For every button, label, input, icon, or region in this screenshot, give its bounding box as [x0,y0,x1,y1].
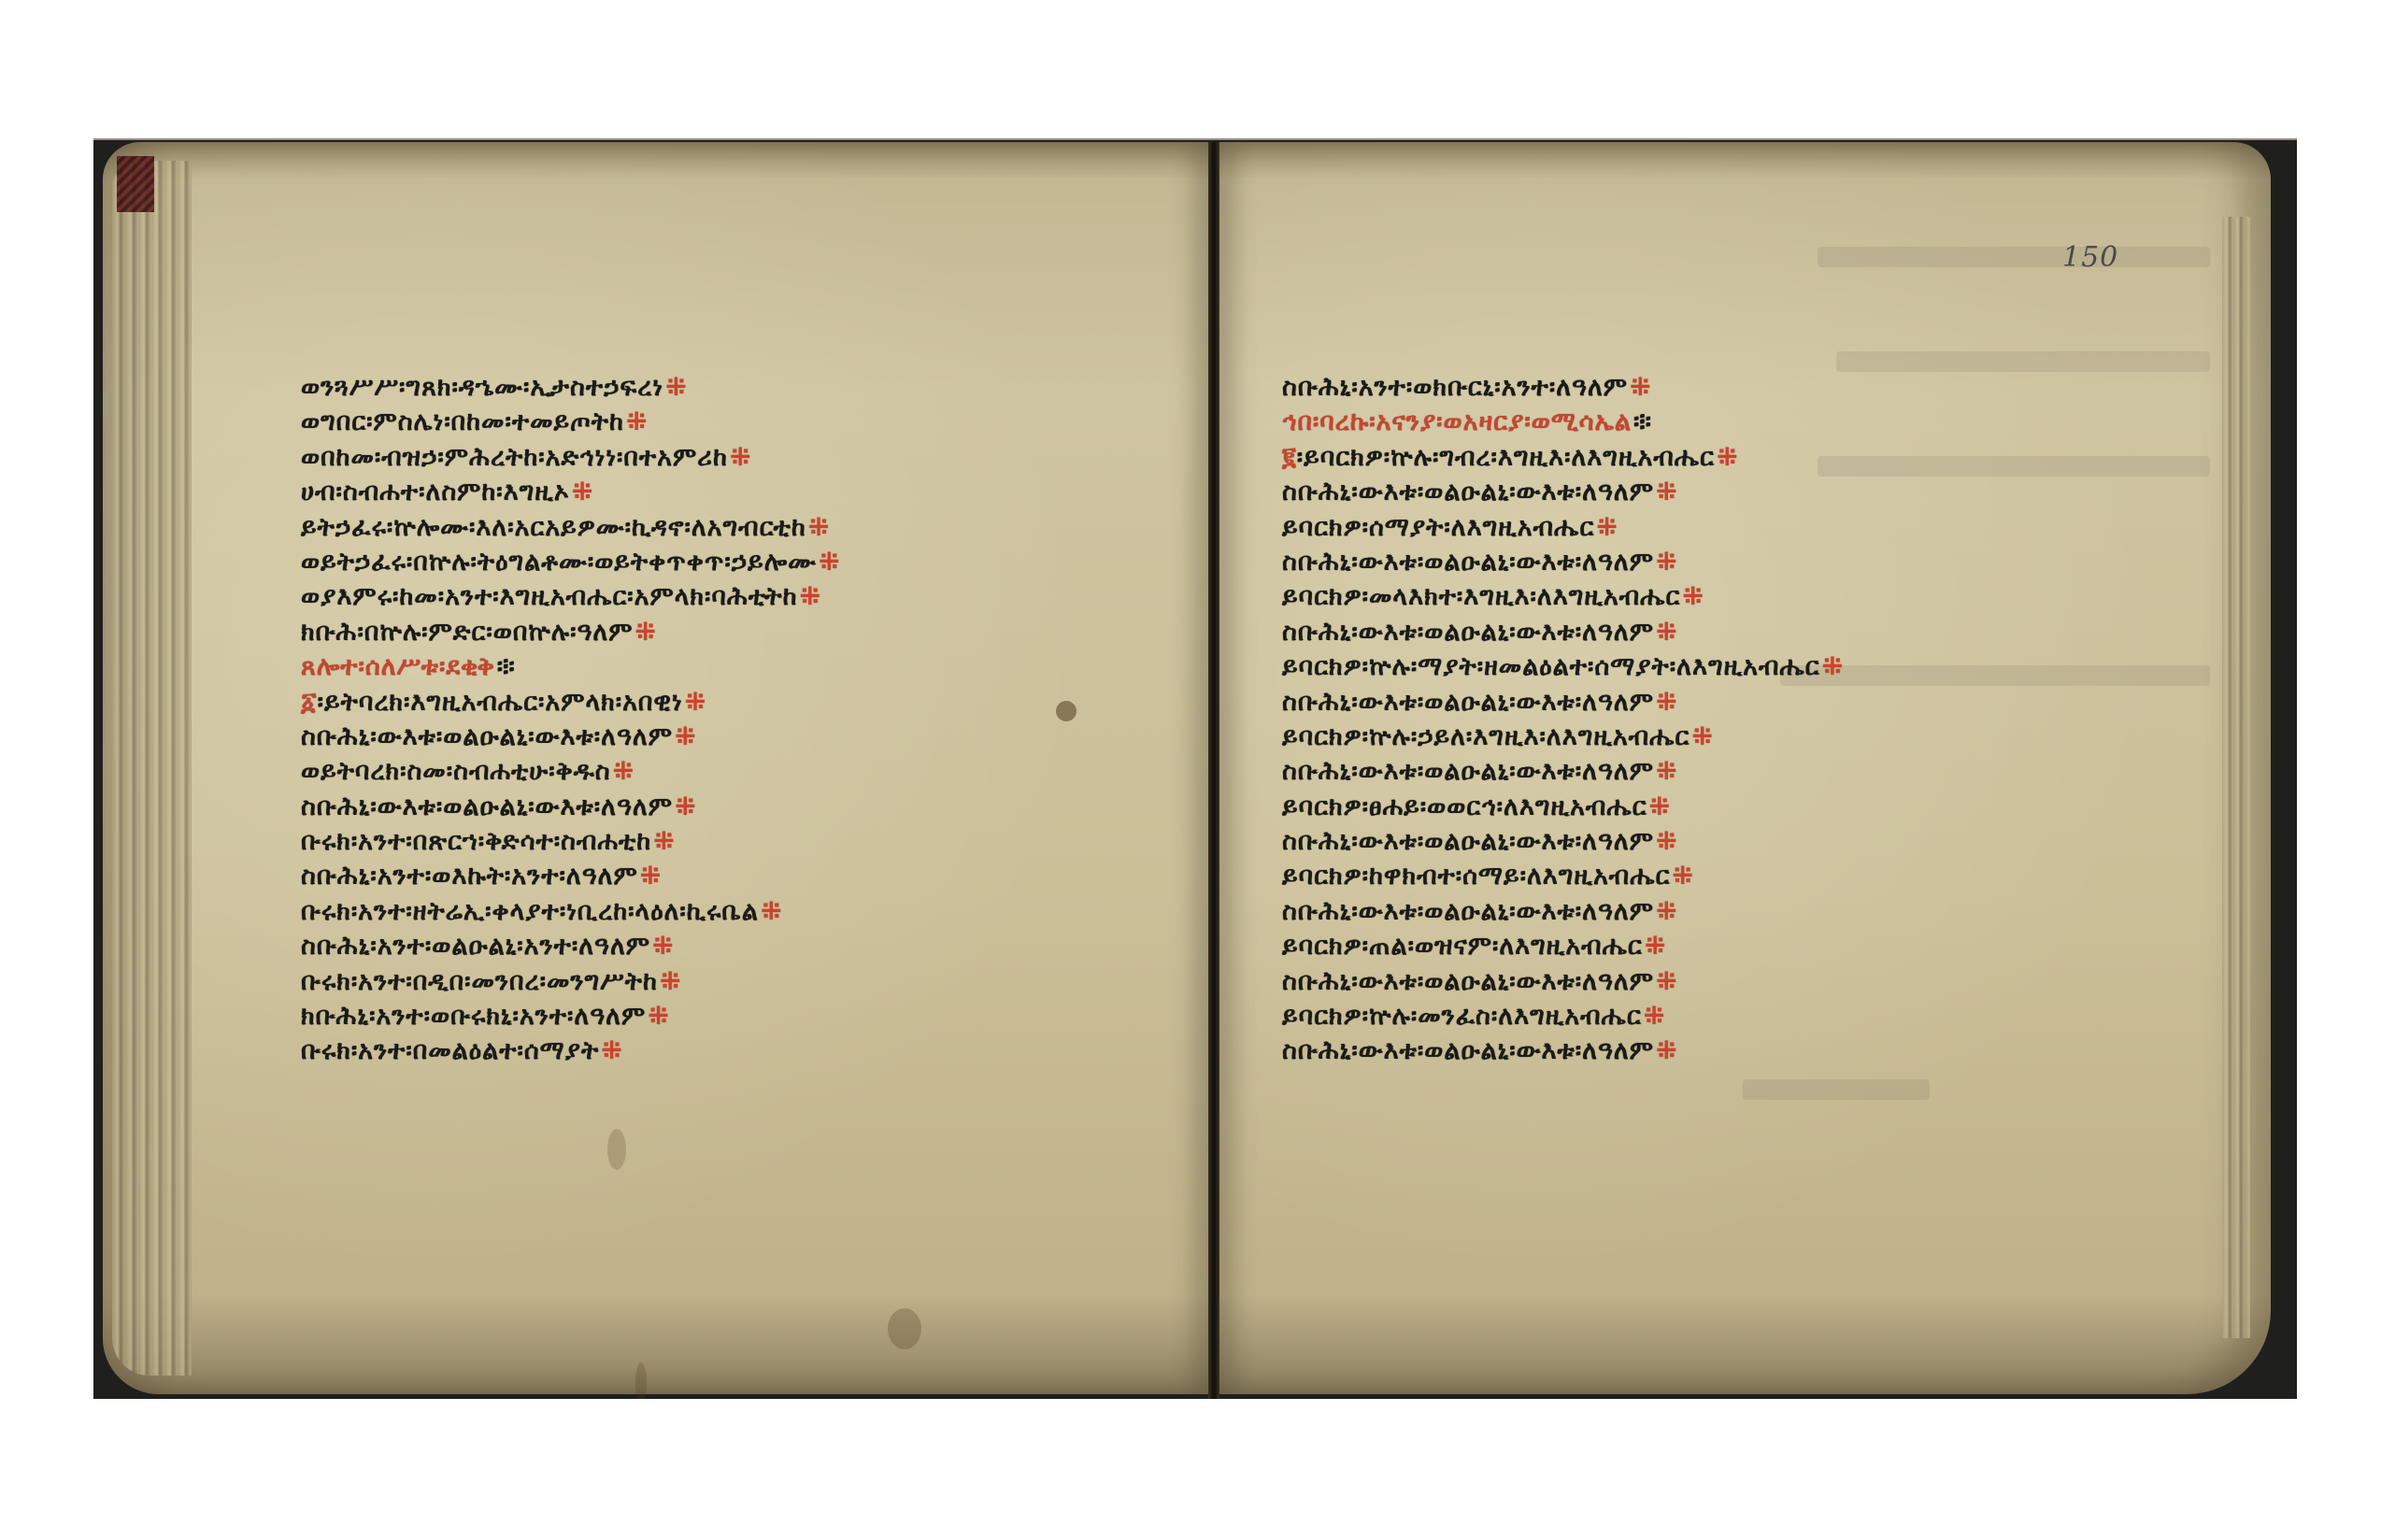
right-page-edge [2222,217,2250,1338]
text-line: ይባርክዎ፡ፀሐይ፡ወወርኅ፡ለእግዚአብሔር⁜ [1282,790,1844,824]
verse-marker-icon: ⁜ [685,688,707,717]
text-line: ስቡሕኒ፡አንተ፡ወልዑልኒ፡አንተ፡ለዓለም⁜ [301,929,841,963]
verse-marker-icon: ⁜ [660,967,682,996]
text-line: ስቡሕኒ፡ውእቱ፡ወልዑልኒ፡ውእቱ፡ለዓለም⁜ [1282,475,1844,509]
book-gutter [1208,142,1219,1399]
text-line: ወበከመ፡ብዝኃ፡ምሕረትከ፡አድኅነነ፡በተአምሪከ⁜ [301,440,841,475]
text-line: ቡሩክ፡አንተ፡በጽርኀ፡ቅድሳተ፡ስብሐቲከ⁜ [301,824,841,859]
ink-stain [1056,701,1076,721]
verse-marker-icon: ⁜ [1645,932,1667,961]
text-line: ወይትኃፈሩ፡በኵሉ፡ትዕግልቶሙ፡ወይትቀጥቀጥ፡ኃይሎሙ⁜ [301,545,841,579]
text-line: ይባርክዎ፡ሰማያት፡ለእግዚአብሔር⁜ [1282,510,1844,545]
rubric-heading: ኅበ፡ባረኩ፡አናንያ፡ወአዛርያ፡ወሚሳኤል፨ [1282,405,1844,439]
text-line: ይባርክዎ፡መላእክተ፡እግዚእ፡ለእግዚአብሔር⁜ [1282,579,1844,614]
rubric-numeral: ፪ [1282,443,1297,472]
text-line: ስቡሕኒ፡ውእቱ፡ወልዑልኒ፡ውእቱ፡ለዓለም⁜ [1282,1034,1844,1068]
verse-marker-icon: ⁜ [601,1036,623,1065]
red-headband [117,156,154,212]
show-through-text [1818,247,2210,267]
verse-marker-icon: ⁜ [665,373,688,402]
text-line: ስቡሕኒ፡ውእቱ፡ወልዑልኒ፡ውእቱ፡ለዓለም⁜ [1282,545,1844,579]
verse-marker-icon: ⁜ [1656,548,1678,577]
show-through-text [1818,456,2210,477]
section-end-icon: ፨ [497,652,516,681]
verse-marker-icon: ⁜ [808,513,831,542]
text-line: ክቡሕ፡በኵሉ፡ምድር፡ወበኵሉ፡ዓለም⁜ [301,615,841,649]
text-line: ቡሩክ፡አንተ፡በዲበ፡መንበረ፡መንግሥትከ⁜ [301,964,841,999]
verse-marker-icon: ⁜ [634,618,657,647]
right-page-text: ስቡሕኒ፡አንተ፡ወክቡርኒ፡አንተ፡ለዓለም⁜ ኅበ፡ባረኩ፡አናንያ፡ወአዛ… [1282,370,1844,1069]
verse-marker-icon: ⁜ [1656,688,1678,717]
verse-marker-icon: ⁜ [1717,443,1739,472]
verse-marker-icon: ⁜ [1656,757,1678,786]
text-line: ወግበር፡ምስሌነ፡በከመ፡ተመይጦትከ⁜ [301,405,841,439]
text-line: ስቡሕኒ፡ውእቱ፡ወልዑልኒ፡ውእቱ፡ለዓለም⁜ [1282,894,1844,929]
rubric-numeral: ፩ [301,688,318,717]
text-line: ስቡሕኒ፡ውእቱ፡ወልዑልኒ፡ውእቱ፡ለዓለም⁜ [1282,754,1844,789]
text-line: ይባርክዎ፡ጠል፡ወዝናም፡ለእግዚአብሔር⁜ [1282,929,1844,963]
text-line: ስቡሕኒ፡አንተ፡ወእኩት፡አንተ፡ለዓለም⁜ [301,859,841,893]
text-line: ቡሩክ፡አንተ፡ዘትሬኢ፡ቀላያተ፡ነቢረከ፡ላዕለ፡ኪሩቤል⁜ [301,894,841,929]
verse-marker-icon: ⁜ [652,932,675,961]
verse-marker-icon: ⁜ [1596,513,1618,542]
text-line: ስቡሕኒ፡ውእቱ፡ወልዑልኒ፡ውእቱ፡ለዓለም⁜ [1282,685,1844,720]
manuscript-scan: 150 ወንጓሥሥ፡ግጸክ፡ዳኄሙ፡ኢታስተኃፍረነ⁜ ወግበር፡ምስሌነ፡በከ… [93,138,2297,1399]
verse-marker-icon: ⁜ [613,757,635,786]
verse-marker-icon: ⁜ [1644,1002,1666,1031]
text-line: ይባርክዎ፡ኵሉ፡ማያት፡ዘመልዕልተ፡ሰማያት፡ለእግዚአብሔር⁜ [1282,649,1844,684]
verse-marker-icon: ⁜ [1691,722,1714,751]
verse-marker-icon: ⁜ [819,548,841,577]
text-line: ስቡሕኒ፡ውእቱ፡ወልዑልኒ፡ውእቱ፡ለዓለም⁜ [301,790,841,824]
verse-marker-icon: ⁜ [761,897,783,926]
text-line: ይትኃፈሩ፡ኵሎሙ፡እለ፡አርአይዎሙ፡ኪዳኖ፡ለአግብርቲከ⁜ [301,510,841,545]
text-line: ስቡሕኒ፡ውእቱ፡ወልዑልኒ፡ውእቱ፡ለዓለም⁜ [1282,615,1844,649]
verse-marker-icon: ⁜ [640,862,663,891]
rubric-heading: ጸሎተ፡ሰለሥቱ፡ደቂቅ፨ [301,649,841,684]
show-through-text [1743,1079,1930,1100]
verse-marker-icon: ⁜ [1656,897,1678,926]
verse-marker-icon: ⁜ [1822,652,1845,681]
text-line: ሀብ፡ስብሐተ፡ለስምከ፡እግዚኦ⁜ [301,475,841,509]
text-line: ፩፡ይትባረክ፡እግዚአብሔር፡አምላክ፡አበዊነ⁜ [301,685,841,720]
verse-marker-icon: ⁜ [1656,827,1678,856]
verse-marker-icon: ⁜ [653,827,676,856]
text-line: ስቡሕኒ፡ውእቱ፡ወልዑልኒ፡ውእቱ፡ለዓለም⁜ [1282,964,1844,999]
show-through-text [1780,665,2210,686]
left-page-text: ወንጓሥሥ፡ግጸክ፡ዳኄሙ፡ኢታስተኃፍረነ⁜ ወግበር፡ምስሌነ፡በከመ፡ተመ… [301,370,841,1069]
text-line: ወይትባረክ፡ስመ፡ስብሐቲሁ፡ቅዱስ⁜ [301,754,841,789]
text-line: ይባርክዎ፡ኵሉ፡መንፈስ፡ለእግዚአብሔር⁜ [1282,999,1844,1034]
verse-marker-icon: ⁜ [1656,1036,1678,1065]
verse-marker-icon: ⁜ [799,582,821,611]
verse-marker-icon: ⁜ [730,443,752,472]
text-line: ወንጓሥሥ፡ግጸክ፡ዳኄሙ፡ኢታስተኃፍረነ⁜ [301,370,841,405]
ink-stain [607,1129,626,1170]
verse-marker-icon: ⁜ [675,792,697,821]
verse-marker-icon: ⁜ [648,1002,670,1031]
text-line: ክቡሕኒ፡አንተ፡ወቡሩክኒ፡አንተ፡ለዓለም⁜ [301,999,841,1034]
verse-marker-icon: ⁜ [675,722,697,751]
text-line: ስቡሕኒ፡ውእቱ፡ወልዑልኒ፡ውእቱ፡ለዓለም⁜ [1282,824,1844,859]
text-line: ወያእምሩ፡ከመ፡አንተ፡እግዚአብሔር፡አምላክ፡ባሕቲትከ⁜ [301,579,841,614]
ink-stain [635,1362,647,1399]
verse-marker-icon: ⁜ [1656,478,1678,506]
verse-marker-icon: ⁜ [1630,373,1652,402]
show-through-text [1836,351,2210,372]
verse-marker-icon: ⁜ [1649,792,1672,821]
verse-marker-icon: ⁜ [626,407,649,436]
verse-marker-icon: ⁜ [572,478,594,506]
verse-marker-icon: ⁜ [1682,582,1704,611]
verse-marker-icon: ⁜ [1656,967,1678,996]
section-end-icon: ፨ [1633,407,1652,436]
ink-stain [888,1308,921,1349]
text-line: ቡሩክ፡አንተ፡በመልዕልተ፡ሰማያት⁜ [301,1034,841,1068]
text-line: ይባርክዎ፡ኵሉ፡ኃይለ፡እግዚእ፡ለእግዚአብሔር⁜ [1282,720,1844,754]
folio-number: 150 [2062,241,2118,274]
verse-marker-icon: ⁜ [1656,618,1678,647]
left-page-edge [112,161,192,1376]
text-line: ፪፡ይባርክዎ፡ኵሉ፡ግብረ፡እግዚእ፡ለእግዚአብሔር⁜ [1282,440,1844,475]
text-line: ስቡሕኒ፡ውእቱ፡ወልዑልኒ፡ውእቱ፡ለዓለም⁜ [301,720,841,754]
text-line: ስቡሕኒ፡አንተ፡ወክቡርኒ፡አንተ፡ለዓለም⁜ [1282,370,1844,405]
text-line: ይባርክዎ፡ከዋክብተ፡ሰማይ፡ለእግዚአብሔር⁜ [1282,859,1844,893]
verse-marker-icon: ⁜ [1672,862,1694,891]
